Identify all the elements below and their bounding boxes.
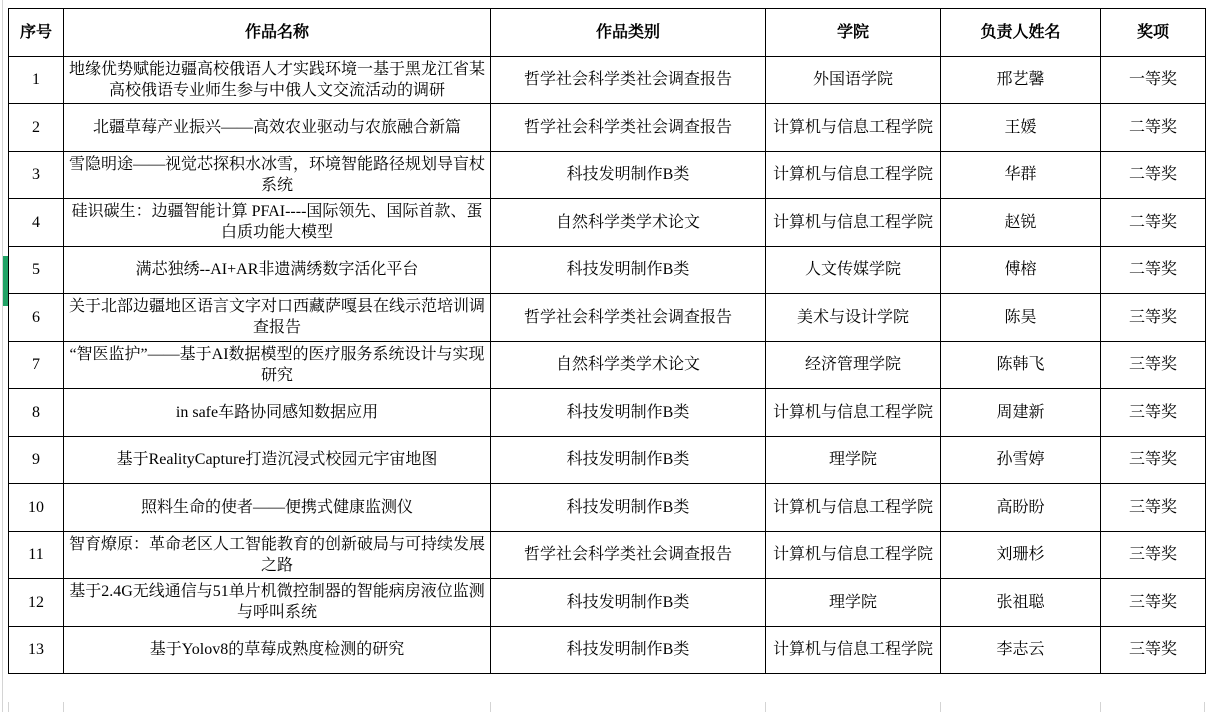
cell-category[interactable]: 哲学社会科学类社会调查报告 — [491, 56, 766, 104]
table-row: 11 智育燎原：革命老区人工智能教育的创新破局与可持续发展之路 哲学社会科学类社… — [9, 531, 1206, 579]
cell-leader[interactable]: 华群 — [941, 151, 1101, 199]
cell-no[interactable]: 1 — [9, 56, 64, 104]
cell-award[interactable]: 二等奖 — [1101, 246, 1206, 294]
sheet-gridline-left — [2, 0, 3, 712]
cell-college[interactable]: 外国语学院 — [766, 56, 941, 104]
cell-category[interactable]: 科技发明制作B类 — [491, 436, 766, 484]
sheet-gridline-stub — [1100, 702, 1101, 712]
table-row: 4 硅识碳生：边疆智能计算 PFAI----国际领先、国际首款、蛋白质功能大模型… — [9, 199, 1206, 247]
cell-award[interactable]: 三等奖 — [1101, 626, 1206, 674]
cell-title[interactable]: 硅识碳生：边疆智能计算 PFAI----国际领先、国际首款、蛋白质功能大模型 — [64, 199, 491, 247]
cell-college[interactable]: 美术与设计学院 — [766, 294, 941, 342]
sheet-gridline-stub — [765, 702, 766, 712]
cell-leader[interactable]: 张祖聪 — [941, 579, 1101, 627]
cell-category[interactable]: 科技发明制作B类 — [491, 151, 766, 199]
cell-category[interactable]: 科技发明制作B类 — [491, 484, 766, 532]
cell-title[interactable]: in safe车路协同感知数据应用 — [64, 389, 491, 437]
cell-leader[interactable]: 陈昊 — [941, 294, 1101, 342]
cell-category[interactable]: 自然科学类学术论文 — [491, 341, 766, 389]
cell-college[interactable]: 计算机与信息工程学院 — [766, 199, 941, 247]
cell-no[interactable]: 8 — [9, 389, 64, 437]
header-cell-college[interactable]: 学院 — [766, 9, 941, 57]
cell-leader[interactable]: 傅榕 — [941, 246, 1101, 294]
cell-award[interactable]: 三等奖 — [1101, 436, 1206, 484]
table-row: 13 基于Yolov8的草莓成熟度检测的研究 科技发明制作B类 计算机与信息工程… — [9, 626, 1206, 674]
table-row: 7 “智医监护”——基于AI数据模型的医疗服务系统设计与实现研究 自然科学类学术… — [9, 341, 1206, 389]
cell-category[interactable]: 自然科学类学术论文 — [491, 199, 766, 247]
cell-title[interactable]: 北疆草莓产业振兴——高效农业驱动与农旅融合新篇 — [64, 104, 491, 152]
cell-category[interactable]: 科技发明制作B类 — [491, 389, 766, 437]
table-row: 10 照料生命的使者——便携式健康监测仪 科技发明制作B类 计算机与信息工程学院… — [9, 484, 1206, 532]
cell-leader[interactable]: 高盼盼 — [941, 484, 1101, 532]
cell-category[interactable]: 哲学社会科学类社会调查报告 — [491, 294, 766, 342]
table-row: 9 基于RealityCapture打造沉浸式校园元宇宙地图 科技发明制作B类 … — [9, 436, 1206, 484]
cell-no[interactable]: 10 — [9, 484, 64, 532]
cell-no[interactable]: 7 — [9, 341, 64, 389]
table-row: 12 基于2.4G无线通信与51单片机微控制器的智能病房液位监测与呼叫系统 科技… — [9, 579, 1206, 627]
cell-leader[interactable]: 周建新 — [941, 389, 1101, 437]
cell-category[interactable]: 科技发明制作B类 — [491, 246, 766, 294]
cell-college[interactable]: 理学院 — [766, 436, 941, 484]
sheet-gridline-stub — [490, 702, 491, 712]
cell-leader[interactable]: 孙雪婷 — [941, 436, 1101, 484]
table-row-selected: 5 满芯独绣--AI+AR非遗满绣数字活化平台 科技发明制作B类 人文传媒学院 … — [9, 246, 1206, 294]
cell-title[interactable]: 雪隐明途——视觉芯探积水冰雪，环境智能路径规划导盲杖系统 — [64, 151, 491, 199]
cell-title[interactable]: 基于RealityCapture打造沉浸式校园元宇宙地图 — [64, 436, 491, 484]
cell-college[interactable]: 计算机与信息工程学院 — [766, 626, 941, 674]
sheet-gridline-stub — [1204, 702, 1205, 712]
cell-category[interactable]: 哲学社会科学类社会调查报告 — [491, 531, 766, 579]
cell-award[interactable]: 二等奖 — [1101, 199, 1206, 247]
cell-award[interactable]: 三等奖 — [1101, 484, 1206, 532]
cell-title[interactable]: 基于2.4G无线通信与51单片机微控制器的智能病房液位监测与呼叫系统 — [64, 579, 491, 627]
cell-leader[interactable]: 李志云 — [941, 626, 1101, 674]
cell-college[interactable]: 计算机与信息工程学院 — [766, 484, 941, 532]
cell-award[interactable]: 二等奖 — [1101, 151, 1206, 199]
table-row: 2 北疆草莓产业振兴——高效农业驱动与农旅融合新篇 哲学社会科学类社会调查报告 … — [9, 104, 1206, 152]
cell-title[interactable]: 满芯独绣--AI+AR非遗满绣数字活化平台 — [64, 246, 491, 294]
cell-award[interactable]: 二等奖 — [1101, 104, 1206, 152]
cell-no[interactable]: 11 — [9, 531, 64, 579]
cell-category[interactable]: 科技发明制作B类 — [491, 579, 766, 627]
cell-college[interactable]: 经济管理学院 — [766, 341, 941, 389]
cell-no[interactable]: 13 — [9, 626, 64, 674]
header-cell-award[interactable]: 奖项 — [1101, 9, 1206, 57]
cell-award[interactable]: 三等奖 — [1101, 579, 1206, 627]
table-row: 8 in safe车路协同感知数据应用 科技发明制作B类 计算机与信息工程学院 … — [9, 389, 1206, 437]
header-cell-title[interactable]: 作品名称 — [64, 9, 491, 57]
cell-title[interactable]: 地缘优势赋能边疆高校俄语人才实践环境一基于黑龙江省某高校俄语专业师生参与中俄人文… — [64, 56, 491, 104]
header-cell-category[interactable]: 作品类别 — [491, 9, 766, 57]
cell-leader[interactable]: 王媛 — [941, 104, 1101, 152]
cell-title[interactable]: “智医监护”——基于AI数据模型的医疗服务系统设计与实现研究 — [64, 341, 491, 389]
cell-title[interactable]: 照料生命的使者——便携式健康监测仪 — [64, 484, 491, 532]
table-row: 1 地缘优势赋能边疆高校俄语人才实践环境一基于黑龙江省某高校俄语专业师生参与中俄… — [9, 56, 1206, 104]
cell-award[interactable]: 三等奖 — [1101, 341, 1206, 389]
cell-leader[interactable]: 陈韩飞 — [941, 341, 1101, 389]
cell-college[interactable]: 计算机与信息工程学院 — [766, 531, 941, 579]
cell-leader[interactable]: 邢艺馨 — [941, 56, 1101, 104]
cell-college[interactable]: 计算机与信息工程学院 — [766, 151, 941, 199]
cell-category[interactable]: 哲学社会科学类社会调查报告 — [491, 104, 766, 152]
cell-award[interactable]: 三等奖 — [1101, 531, 1206, 579]
cell-title[interactable]: 关于北部边疆地区语言文字对口西藏萨嘎县在线示范培训调查报告 — [64, 294, 491, 342]
cell-no[interactable]: 3 — [9, 151, 64, 199]
awards-table: 序号 作品名称 作品类别 学院 负责人姓名 奖项 1 地缘优势赋能边疆高校俄语人… — [8, 8, 1206, 674]
cell-no[interactable]: 5 — [9, 246, 64, 294]
cell-leader[interactable]: 刘珊杉 — [941, 531, 1101, 579]
cell-no[interactable]: 2 — [9, 104, 64, 152]
cell-college[interactable]: 人文传媒学院 — [766, 246, 941, 294]
header-cell-leader[interactable]: 负责人姓名 — [941, 9, 1101, 57]
cell-no[interactable]: 4 — [9, 199, 64, 247]
cell-college[interactable]: 理学院 — [766, 579, 941, 627]
cell-title[interactable]: 智育燎原：革命老区人工智能教育的创新破局与可持续发展之路 — [64, 531, 491, 579]
cell-college[interactable]: 计算机与信息工程学院 — [766, 389, 941, 437]
header-cell-no[interactable]: 序号 — [9, 9, 64, 57]
cell-award[interactable]: 一等奖 — [1101, 56, 1206, 104]
cell-category[interactable]: 科技发明制作B类 — [491, 626, 766, 674]
table-row: 3 雪隐明途——视觉芯探积水冰雪，环境智能路径规划导盲杖系统 科技发明制作B类 … — [9, 151, 1206, 199]
cell-title[interactable]: 基于Yolov8的草莓成熟度检测的研究 — [64, 626, 491, 674]
cell-leader[interactable]: 赵锐 — [941, 199, 1101, 247]
cell-no[interactable]: 12 — [9, 579, 64, 627]
cell-award[interactable]: 三等奖 — [1101, 389, 1206, 437]
selection-indicator — [3, 256, 8, 306]
cell-no[interactable]: 9 — [9, 436, 64, 484]
table-row: 6 关于北部边疆地区语言文字对口西藏萨嘎县在线示范培训调查报告 哲学社会科学类社… — [9, 294, 1206, 342]
cell-award[interactable]: 三等奖 — [1101, 294, 1206, 342]
cell-no[interactable]: 6 — [9, 294, 64, 342]
header-row: 序号 作品名称 作品类别 学院 负责人姓名 奖项 — [9, 9, 1206, 57]
sheet-gridline-stub — [8, 702, 9, 712]
sheet-gridline-stub — [940, 702, 941, 712]
cell-college[interactable]: 计算机与信息工程学院 — [766, 104, 941, 152]
sheet-gridline-stub — [63, 702, 64, 712]
